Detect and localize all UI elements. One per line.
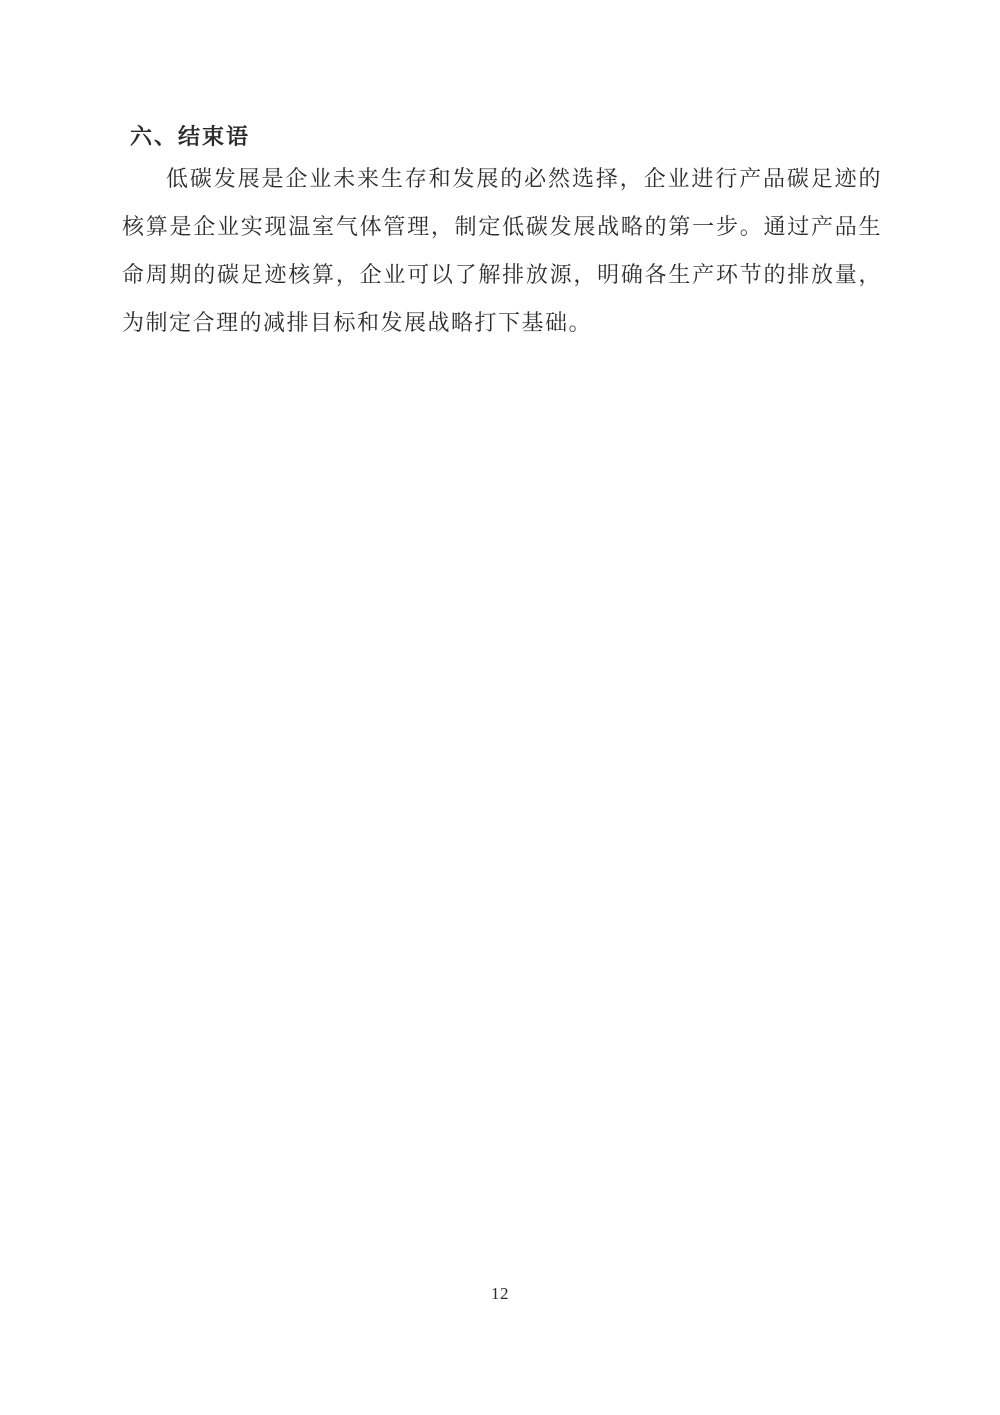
section-heading: 六、结束语 (122, 119, 882, 155)
document-content: 六、结束语 低碳发展是企业未来生存和发展的必然选择，企业进行产品碳足迹的核算是企… (122, 119, 882, 347)
body-paragraph: 低碳发展是企业未来生存和发展的必然选择，企业进行产品碳足迹的核算是企业实现温室气… (122, 155, 882, 347)
page-number: 12 (0, 1284, 1000, 1304)
document-page: 六、结束语 低碳发展是企业未来生存和发展的必然选择，企业进行产品碳足迹的核算是企… (0, 0, 1000, 1415)
